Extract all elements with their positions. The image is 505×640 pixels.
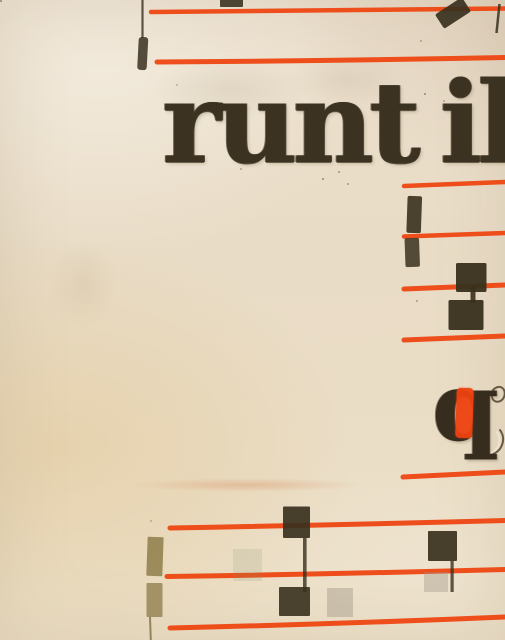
cutoff-letter-stroke — [495, 88, 505, 158]
square-neume — [283, 507, 310, 539]
staff-line — [404, 233, 505, 237]
illuminated-initial-O — [110, 168, 403, 480]
staff-line — [170, 617, 505, 628]
staff-line — [170, 521, 505, 529]
diamond-neume — [435, 0, 471, 29]
neume-stem — [303, 538, 307, 592]
staff-line — [404, 285, 505, 289]
neumes-middle-staff — [405, 196, 487, 330]
staff-line — [403, 472, 505, 477]
square-neume — [220, 0, 243, 7]
faded-neume-smudge — [233, 549, 262, 581]
faded-square-neume — [424, 572, 448, 592]
square-neume — [428, 531, 457, 561]
staff-line — [404, 336, 505, 340]
virga-neume — [405, 238, 421, 267]
faded-square-neume — [327, 588, 353, 617]
square-neume — [279, 587, 310, 616]
ink-blob — [137, 37, 148, 70]
staff-line — [167, 570, 505, 577]
neume-stem — [451, 561, 454, 592]
rubric-stripe — [455, 388, 474, 439]
faded-square-neume — [147, 583, 163, 617]
faded-square-neume — [146, 537, 163, 577]
neume-stem — [150, 617, 151, 640]
manuscript-page: runt il q O — [0, 0, 505, 640]
virga-neume — [406, 196, 422, 233]
square-neume — [449, 300, 484, 330]
